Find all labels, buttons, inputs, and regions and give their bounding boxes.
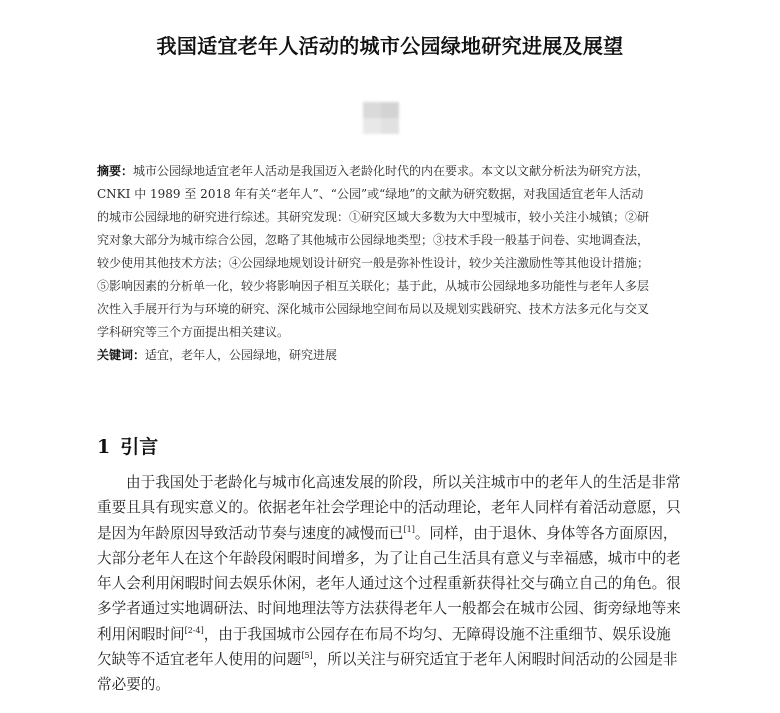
keywords-value: 适宜，老年人，公园绿地，研究进展 [145,348,337,362]
abstract-label: 摘要： [97,164,133,178]
abstract-line: 学科研究等三个方面提出相关建议。 [97,321,697,344]
keywords-label: 关键词： [97,348,145,362]
keywords-line: 关键词：适宜，老年人，公园绿地，研究进展 [97,344,697,367]
body-line: 常必要的。 [97,672,717,697]
body-line: 是因为年龄原因导致活动节奏与速度的减慢而已[1]。同样，由于退休、身体等各方面原… [97,521,717,546]
abstract-block: 摘要：城市公园绿地适宜老年人活动是我国迈入老龄化时代的内在要求。本文以文献分析法… [97,160,697,367]
abstract-line: 较少使用其他技术方法；④公园绿地规划设计研究一般是弥补性设计，较少关注激励性等其… [97,252,697,275]
section-heading: 1引言 [97,432,158,459]
body-text-segment: 。同样，由于退休、身体等各方面原因， [415,525,678,542]
section-number: 1 [97,436,110,458]
body-line: 欠缺等不适宜老年人使用的问题[5]，所以关注与研究适宜于老年人闲暇时间活动的公园… [97,647,717,672]
citation-ref[interactable]: [5] [301,651,312,660]
abstract-line: CNKI 中 1989 至 2018 年有关“老年人”、“公园”或“绿地”的文献… [97,183,697,206]
body-line: 多学者通过实地调研法、时间地理法等方法获得老年人一般都会在城市公园、街旁绿地等来 [97,596,717,621]
body-paragraph: 由于我国处于老龄化与城市化高速发展的阶段，所以关注城市中的老年人的生活是非常 重… [97,470,717,698]
abstract-text: 城市公园绿地适宜老年人活动是我国迈入老龄化时代的内在要求。本文以文献分析法为研究… [133,164,649,178]
section-title: 引言 [120,436,158,458]
body-line: 由于我国处于老龄化与城市化高速发展的阶段，所以关注城市中的老年人的生活是非常 [97,470,717,495]
abstract-line: 摘要：城市公园绿地适宜老年人活动是我国迈入老龄化时代的内在要求。本文以文献分析法… [97,160,697,183]
body-text-segment: 欠缺等不适宜老年人使用的问题 [97,651,301,668]
paper-title: 我国适宜老年人活动的城市公园绿地研究进展及展望 [0,30,780,59]
citation-ref[interactable]: [1] [403,525,414,534]
body-text-segment: 利用闲暇时间 [97,626,185,643]
document-page: 我国适宜老年人活动的城市公园绿地研究进展及展望 摘要：城市公园绿地适宜老年人活动… [0,0,780,713]
redacted-author [363,102,399,134]
body-text-segment: ，所以关注与研究适宜于老年人闲暇时间活动的公园是非 [313,651,678,668]
abstract-line: ⑤影响因素的分析单一化，较少将影响因子相互关联化；基于此，从城市公园绿地多功能性… [97,275,697,298]
body-text-segment: ，由于我国城市公园存在布局不均匀、无障碍设施不注重细节、娱乐设施 [204,626,671,643]
body-line: 年人会利用闲暇时间去娱乐休闲，老年人通过这个过程重新获得社交与确立自己的角色。很 [97,571,717,596]
abstract-line: 次性入手展开行为与环境的研究、深化城市公园绿地空间布局以及规划实践研究、技术方法… [97,298,697,321]
abstract-line: 的城市公园绿地的研究进行综述。其研究发现：①研究区域大多数为大中型城市，较小关注… [97,206,697,229]
abstract-line: 究对象大部分为城市综合公园，忽略了其他城市公园绿地类型；③技术手段一般基于问卷、… [97,229,697,252]
body-line: 利用闲暇时间[2-4]，由于我国城市公园存在布局不均匀、无障碍设施不注重细节、娱… [97,622,717,647]
body-line: 大部分老年人在这个年龄段闲暇时间增多，为了让自己生活具有意义与幸福感，城市中的老 [97,546,717,571]
body-line: 重要且具有现实意义的。依据老年社会学理论中的活动理论，老年人同样有着活动意愿，只 [97,495,717,520]
citation-ref[interactable]: [2-4] [185,626,204,635]
body-text-segment: 是因为年龄原因导致活动节奏与速度的减慢而已 [97,525,403,542]
